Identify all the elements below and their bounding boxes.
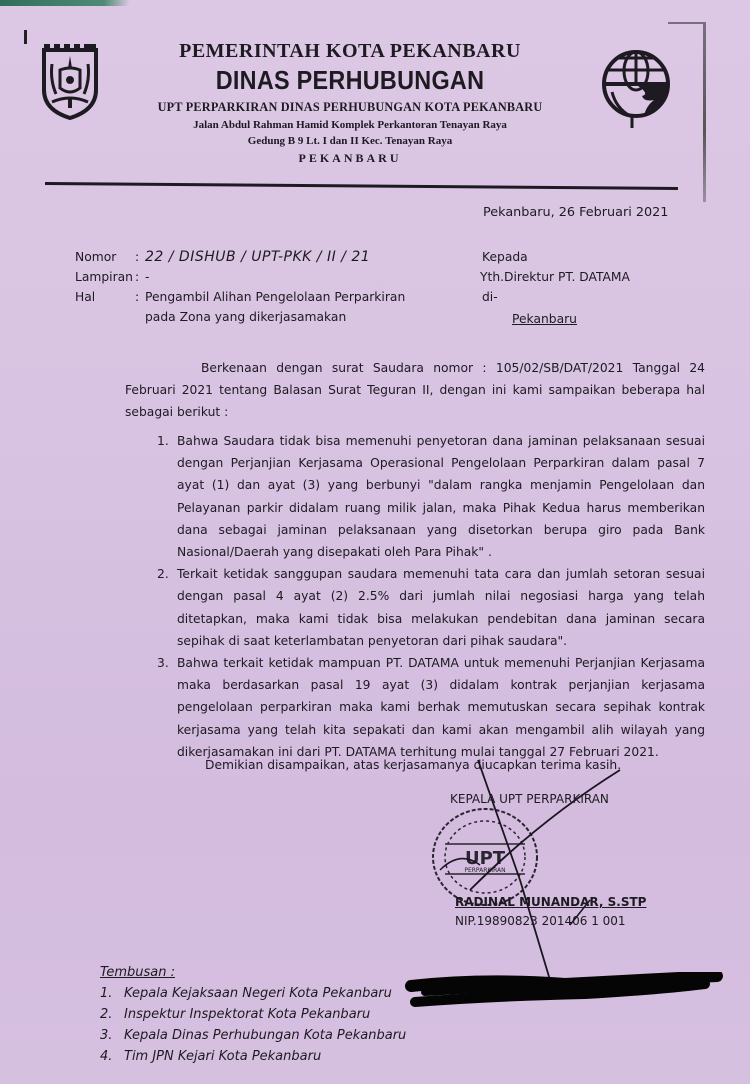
signatory-name: RADINAL MUNANDAR, S.STP (455, 895, 646, 909)
colon: : (135, 267, 145, 287)
list-text: Bahwa Saudara tidak bisa memenuhi penyet… (177, 430, 705, 563)
recipient-di: di- (482, 287, 630, 307)
list-item: 2. Inspektur Inspektorat Kota Pekanbaru (100, 1004, 406, 1025)
redaction-mark (405, 972, 725, 1014)
intro-paragraph: Berkenaan dengan surat Saudara nomor : 1… (125, 357, 705, 423)
intro-text: Berkenaan dengan surat Saudara nomor : 1… (125, 357, 705, 423)
cc-block: Tembusan : 1. Kepala Kejaksaan Negeri Ko… (100, 962, 406, 1067)
signatory-nip: NIP.19890823 201406 1 001 (455, 914, 626, 928)
paper-mark (24, 30, 27, 44)
cc-number: 1. (100, 983, 124, 1004)
cc-text: Kepala Dinas Perhubungan Kota Pekanbaru (124, 1025, 406, 1046)
list-item: 3. Bahwa terkait ketidak mampuan PT. DAT… (157, 652, 705, 763)
cc-text: Kepala Kejaksaan Negeri Kota Pekanbaru (124, 983, 392, 1004)
lampiran-label: Lampiran (75, 267, 135, 287)
hal-value: Pengambil Alihan Pengelolaan Perparkiran (145, 287, 405, 307)
city-coat-of-arms-icon (40, 40, 100, 120)
letterhead-divider (45, 182, 678, 190)
letterhead-city: PEKANBARU (110, 151, 590, 166)
letterhead-agency: DINAS PERHUBUNGAN (134, 65, 566, 96)
hal-label: Hal (75, 287, 135, 307)
letterhead-address-2: Gedung B 9 Lt. I dan II Kec. Tenayan Ray… (110, 135, 590, 147)
signature-icon (420, 750, 640, 990)
recipient-name: Yth.Direktur PT. DATAMA (480, 267, 630, 287)
list-item: 1. Kepala Kejaksaan Negeri Kota Pekanbar… (100, 983, 406, 1004)
frame-line-right (703, 22, 706, 202)
list-item: 4. Tim JPN Kejari Kota Pekanbaru (100, 1046, 406, 1067)
recipient-block: Kepada Yth.Direktur PT. DATAMA di- Pekan… (480, 247, 630, 329)
colon: : (135, 287, 145, 307)
list-item: 1. Bahwa Saudara tidak bisa memenuhi pen… (157, 430, 705, 563)
list-number: 1. (157, 430, 177, 563)
nomor-value: 22 / DISHUB / UPT-PKK / II / 21 (145, 247, 370, 267)
letterhead-unit: UPT PERPARKIRAN DINAS PERHUBUNGAN KOTA P… (115, 100, 585, 115)
recipient-to: Kepada (482, 247, 630, 267)
points-list: 1. Bahwa Saudara tidak bisa memenuhi pen… (157, 430, 705, 763)
cc-number: 2. (100, 1004, 124, 1025)
signatory-title: KEPALA UPT PERPARKIRAN (450, 792, 609, 806)
photo-background-edge (0, 0, 130, 6)
letter-date: Pekanbaru, 26 Februari 2021 (483, 205, 668, 220)
letterhead-government: PEMERINTAH KOTA PEKANBARU (110, 40, 590, 63)
letterhead: PEMERINTAH KOTA PEKANBARU DINAS PERHUBUN… (110, 38, 590, 166)
cc-heading: Tembusan : (100, 962, 406, 983)
letter-meta: Nomor : 22 / DISHUB / UPT-PKK / II / 21 … (75, 247, 405, 327)
list-item: 2. Terkait ketidak sanggupan saudara mem… (157, 563, 705, 652)
hal-value-cont: pada Zona yang dikerjasamakan (145, 307, 346, 327)
recipient-place: Pekanbaru (512, 309, 577, 329)
letterhead-address-1: Jalan Abdul Rahman Hamid Komplek Perkant… (110, 119, 590, 131)
transport-globe-icon (598, 46, 676, 128)
list-text: Terkait ketidak sanggupan saudara memenu… (177, 563, 705, 652)
cc-number: 3. (100, 1025, 124, 1046)
lampiran-value: - (145, 267, 149, 287)
nomor-label: Nomor (75, 247, 135, 267)
colon: : (135, 247, 145, 267)
cc-number: 4. (100, 1046, 124, 1067)
list-number: 2. (157, 563, 177, 652)
list-number: 3. (157, 652, 177, 763)
list-text: Bahwa terkait ketidak mampuan PT. DATAMA… (177, 652, 705, 763)
cc-text: Inspektur Inspektorat Kota Pekanbaru (124, 1004, 370, 1025)
cc-text: Tim JPN Kejari Kota Pekanbaru (124, 1046, 321, 1067)
frame-line-top (668, 22, 706, 24)
list-item: 3. Kepala Dinas Perhubungan Kota Pekanba… (100, 1025, 406, 1046)
